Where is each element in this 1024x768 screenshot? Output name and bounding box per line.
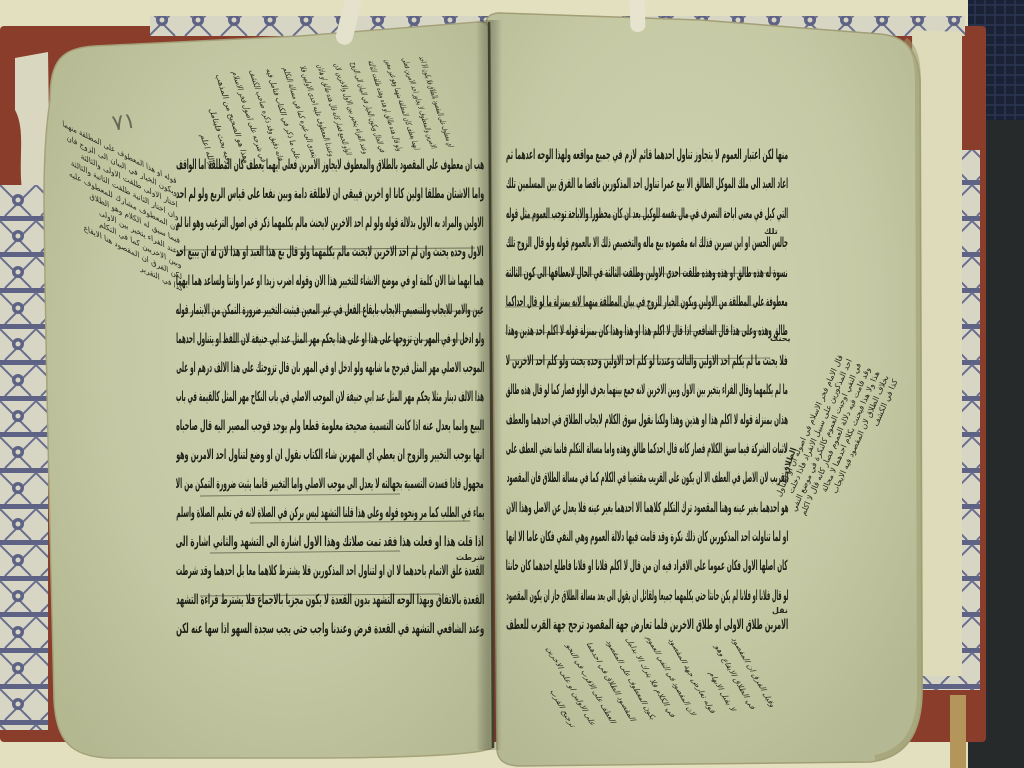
text-line-content: او لما تناولت احد المذكورين كان ذلك نكرة… xyxy=(506,523,788,552)
interlinear-note: يحنث xyxy=(770,334,791,343)
text-line: هو احدهما بغير عينه وهنا المقصود ترك الت… xyxy=(506,494,788,523)
text-line-content: طالق وهذه وعلى هذا قال الشافعي اذا قال ل… xyxy=(506,317,788,346)
text-line-content: فلا يحنث ما لم يكلم احد الاولين والثالث … xyxy=(506,347,788,376)
text-line-content: ما لم يكلمهما وقال الفراء يتخير بين الاو… xyxy=(506,376,788,405)
text-line: لاثبات الشركة فيما سبق الكلام فصار كانه … xyxy=(506,435,788,464)
text-line-content: هذان بمنزلة قوله لا اكلم هذا او هذين وهذ… xyxy=(506,406,788,435)
text-line: ما لم يكلمهما وقال الفراء يتخير بين الاو… xyxy=(506,376,788,405)
wooden-support xyxy=(950,695,966,768)
text-line: القريب لان الاصل في العطف الا ان يكون عل… xyxy=(506,464,788,493)
text-line: فلا يحنث ما لم يكلم احد الاولين والثالث … xyxy=(506,347,788,376)
interlinear-note: شرطت xyxy=(456,553,485,562)
interlinear-note: تلك xyxy=(764,227,778,236)
text-line-content: كان اصلها الاول فكان عموما على الافراد ف… xyxy=(506,552,788,581)
interlinear-note: نقل xyxy=(772,606,788,615)
text-line: منها لكن اعتبار العموم لا يتجاوز تناول ا… xyxy=(506,141,788,170)
text-line-content: معطوفة على المطلقة من الاولين ويكون الخي… xyxy=(506,288,788,317)
text-line-content: اعاد العبد الى ملك الموكل الطالق الا بيع… xyxy=(506,170,788,199)
text-line-content: لو قال فلانا او فلانا لم يكن حانثا حتى ي… xyxy=(506,582,788,611)
text-line: اعاد العبد الى ملك الموكل الطالق الا بيع… xyxy=(506,170,788,199)
text-line: طالق وهذه وعلى هذا قال الشافعي اذا قال ل… xyxy=(506,317,788,346)
text-line: كان اصلها الاول فكان عموما على الافراد ف… xyxy=(506,552,788,581)
endpaper-right xyxy=(960,150,980,690)
text-line: التي كيل في معنى اباحة التصرف في مال نفس… xyxy=(506,200,788,229)
text-line: نسوة له هذه طالق او هذه وهذه طلقت احدى ا… xyxy=(506,259,788,288)
text-line-content: القريب لان الاصل في العطف الا ان يكون عل… xyxy=(506,464,788,493)
manuscript-photo: ٧١ هب ان معطوف على المقصود بالطلاق والمع… xyxy=(0,0,1024,768)
text-line-content: منها لكن اعتبار العموم لا يتجاوز تناول ا… xyxy=(506,141,788,170)
text-line-content: نسوة له هذه طالق او هذه وهذه طلقت احدى ا… xyxy=(506,259,788,288)
text-line-content: جالس الحسن او ابن سيرين فذلك انه مقصوده … xyxy=(506,229,788,258)
endpaper-corner xyxy=(918,676,980,690)
text-line: جالس الحسن او ابن سيرين فذلك انه مقصوده … xyxy=(506,229,788,258)
bookmark-rod-right xyxy=(629,0,645,32)
right-page-main-text: منها لكن اعتبار العموم لا يتجاوز تناول ا… xyxy=(506,141,788,641)
text-line: هذان بمنزلة قوله لا اكلم هذا او هذين وهذ… xyxy=(506,406,788,435)
text-line: لو قال فلانا او فلانا لم يكن حانثا حتى ي… xyxy=(506,582,788,611)
folio-number: ٧١ xyxy=(110,108,137,136)
text-line: معطوفة على المطلقة من الاولين ويكون الخي… xyxy=(506,288,788,317)
text-line-content: التي كيل في معنى اباحة التصرف في مال نفس… xyxy=(506,200,788,229)
text-line: او لما تناولت احد المذكورين كان ذلك نكرة… xyxy=(506,523,788,552)
text-line-content: لاثبات الشركة فيما سبق الكلام فصار كانه … xyxy=(506,435,788,464)
text-line-content: هو احدهما بغير عينه وهنا المقصود ترك الت… xyxy=(506,494,788,523)
